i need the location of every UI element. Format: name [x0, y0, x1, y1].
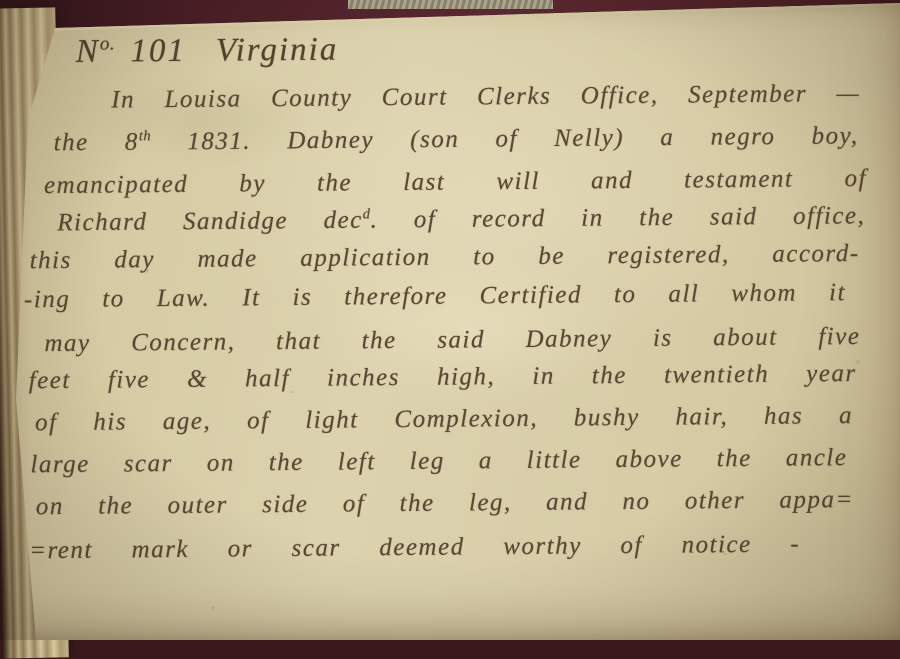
superscript-text: o. — [100, 34, 116, 55]
text-run: . of record in the said office, — [370, 202, 865, 233]
text-run: Virginia — [216, 32, 339, 69]
manuscript-line-12: =rent mark or scar deemed worthy of noti… — [29, 531, 800, 566]
manuscript-text: No. 101VirginiaIn Louisa County Court Cl… — [0, 0, 900, 640]
manuscript-line-10: large scar on the left leg a little abov… — [30, 444, 847, 479]
manuscript-line-11: on the outer side of the leg, and no oth… — [36, 486, 854, 521]
manuscript-line-6: -ing to Law. It is therefore Certified t… — [24, 279, 846, 314]
text-run: 1831. Dabney (son of Nelly) a negro boy, — [151, 122, 859, 155]
text-run: on the outer side of the leg, and no oth… — [36, 486, 854, 520]
text-run: large scar on the left leg a little abov… — [30, 444, 847, 478]
text-run: In Louisa County Court Clerks Office, Se… — [111, 80, 860, 114]
text-run: Richard Sandidge dec — [57, 207, 363, 237]
text-run: this day made application to be register… — [30, 240, 860, 274]
manuscript-line-7: may Concern, that the said Dabney is abo… — [44, 323, 860, 358]
manuscript-line-9: of his age, of light Complexion, bushy h… — [35, 402, 853, 437]
text-run: feet five & half inches high, in the twe… — [29, 360, 857, 394]
manuscript-line-4: Richard Sandidge decd. of record in the … — [57, 202, 865, 237]
text-run: =rent mark or scar deemed worthy of noti… — [29, 531, 800, 565]
cloth-ribbon-edge — [348, 0, 553, 9]
superscript-text: th — [139, 128, 151, 144]
text-run: emancipated by the last will and testame… — [44, 165, 867, 199]
manuscript-line-8: feet five & half inches high, in the twe… — [29, 360, 857, 395]
text-run: may Concern, that the said Dabney is abo… — [44, 323, 860, 357]
text-run: of his age, of light Complexion, bushy h… — [35, 402, 853, 436]
manuscript-line-1: In Louisa County Court Clerks Office, Se… — [111, 80, 860, 115]
text-run: -ing to Law. It is therefore Certified t… — [24, 279, 846, 313]
manuscript-line-2: the 8th 1831. Dabney (son of Nelly) a ne… — [54, 122, 859, 157]
manuscript-line-3: emancipated by the last will and testame… — [44, 165, 867, 200]
manuscript-page: No. 101VirginiaIn Louisa County Court Cl… — [0, 0, 900, 640]
book-photo-background: No. 101VirginiaIn Louisa County Court Cl… — [0, 0, 900, 640]
text-run: 101 — [115, 33, 186, 70]
manuscript-line-0: No. 101Virginia — [76, 32, 339, 71]
text-run: the 8 — [54, 129, 139, 157]
text-run: N — [76, 34, 100, 70]
manuscript-line-5: this day made application to be register… — [30, 240, 860, 275]
